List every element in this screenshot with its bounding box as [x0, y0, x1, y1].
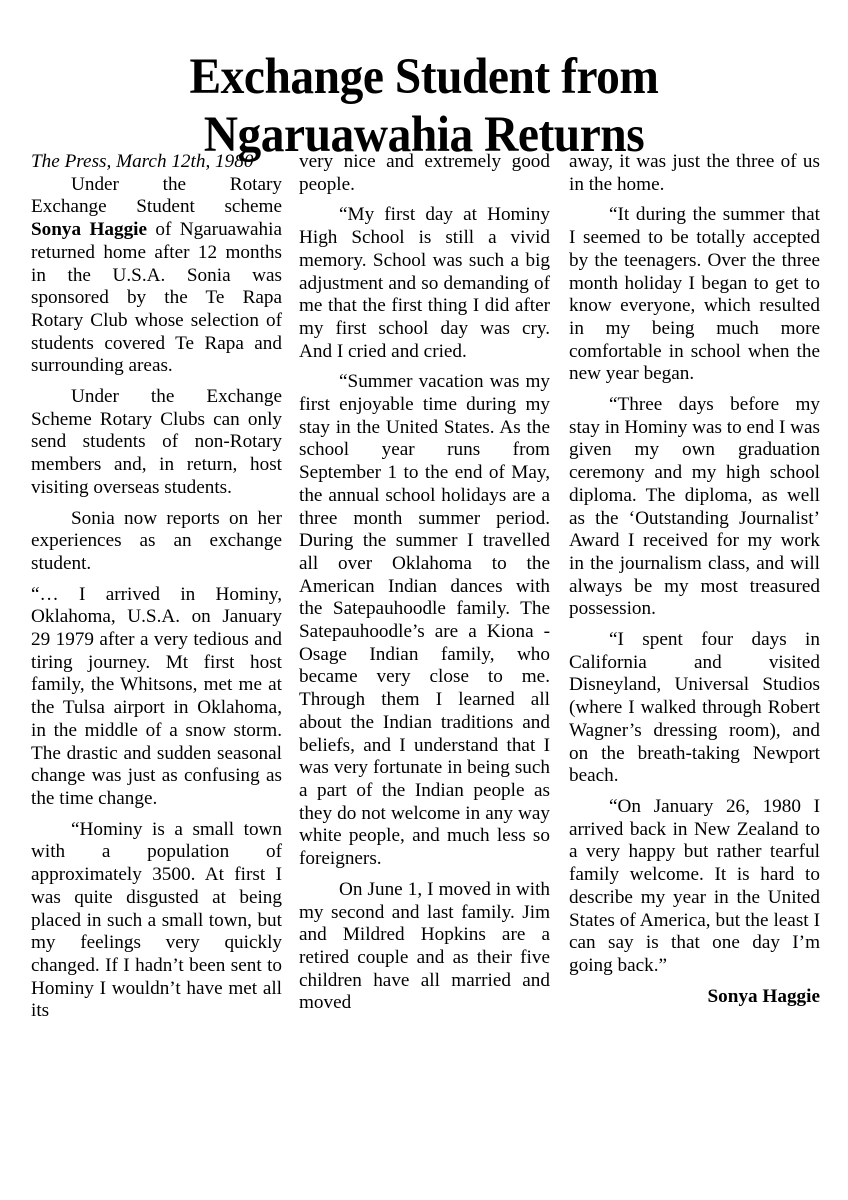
paragraph: “My first day at Hominy High School is s… — [299, 204, 550, 363]
paragraph: Sonia now reports on her experiences as … — [31, 508, 282, 576]
intro-text-pre: Under the Rotary Exchange Student scheme — [31, 174, 282, 218]
dateline: The Press, March 12th, 1980 — [31, 151, 282, 174]
column-3: away, it was just the three of us in the… — [569, 151, 820, 1008]
student-name: Sonya Haggie — [31, 219, 147, 240]
column-2: very nice and extremely good people. “My… — [299, 151, 550, 1015]
paragraph: “Three days before my stay in Hominy was… — [569, 394, 820, 621]
paragraph-continued: away, it was just the three of us in the… — [569, 151, 820, 196]
author-signature: Sonya Haggie — [569, 986, 820, 1009]
paragraph: “Summer vacation was my first enjoyable … — [299, 371, 550, 870]
intro-paragraph: Under the Rotary Exchange Student scheme… — [31, 174, 282, 378]
newspaper-clipping: Exchange Student from Ngaruawahia Return… — [0, 0, 848, 1200]
column-1: The Press, March 12th, 1980 Under the Ro… — [31, 151, 282, 1023]
paragraph: On June 1, I moved in with my second and… — [299, 879, 550, 1015]
paragraph-continued: very nice and extremely good people. — [299, 151, 550, 196]
paragraph: “Hominy is a small town with a populatio… — [31, 819, 282, 1023]
paragraph: “I spent four days in California and vis… — [569, 629, 820, 788]
headline: Exchange Student from Ngaruawahia Return… — [30, 48, 819, 164]
headline-line-1: Exchange Student from — [30, 48, 819, 106]
paragraph: “It during the summer that I seemed to b… — [569, 204, 820, 386]
paragraph: “On January 26, 1980 I arrived back in N… — [569, 796, 820, 978]
paragraph: “… I arrived in Hominy, Oklahoma, U.S.A.… — [31, 584, 282, 811]
intro-text-post: of Ngaruawahia returned home after 12 mo… — [31, 219, 282, 376]
paragraph: Under the Exchange Scheme Rotary Clubs c… — [31, 386, 282, 500]
